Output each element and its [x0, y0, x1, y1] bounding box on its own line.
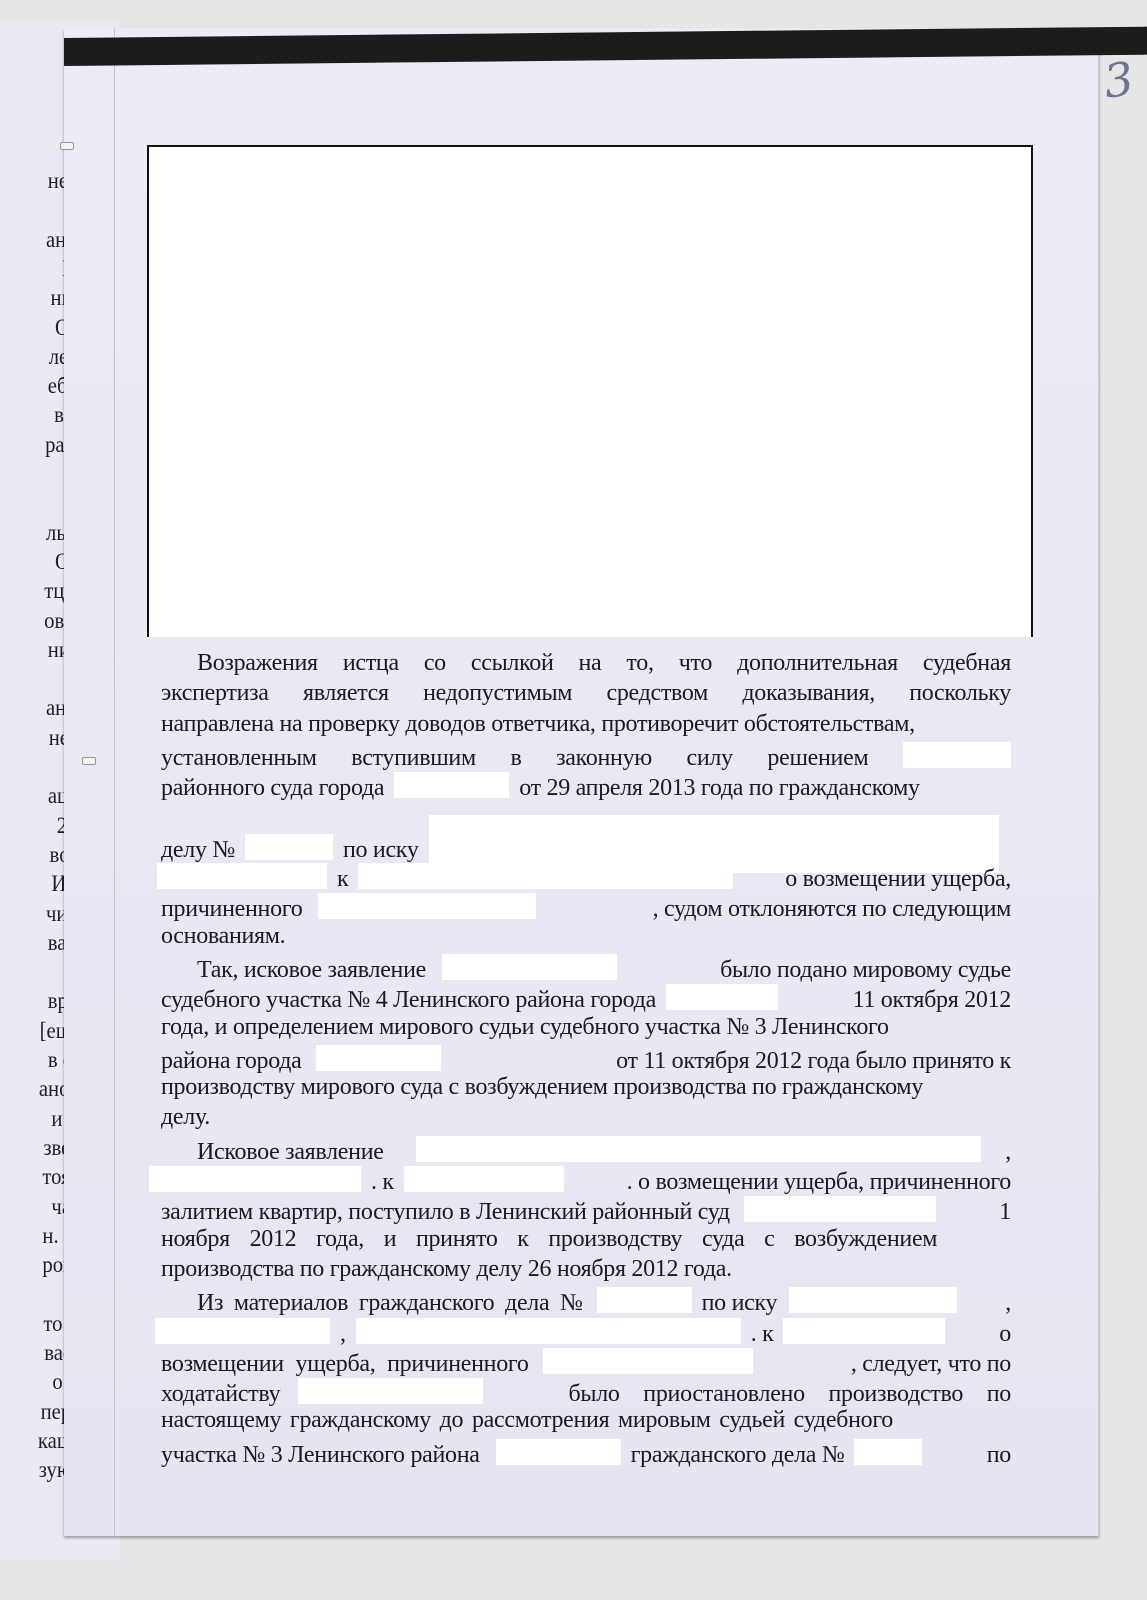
word: ссылкой [471, 648, 554, 678]
redaction-block [147, 145, 1033, 637]
staple-mark [60, 142, 74, 150]
staple-mark [82, 757, 96, 765]
text-line [161, 830, 1011, 860]
text-line: к о возмещении ущерба, [161, 860, 1011, 890]
word: то, [626, 648, 653, 678]
redaction [783, 1318, 945, 1344]
word: что [679, 648, 712, 678]
redaction [496, 1439, 621, 1465]
text-line: ходатайству было приостановлено производ… [161, 1375, 1011, 1405]
word: средством [606, 678, 708, 708]
word: экспертиза [161, 678, 269, 708]
text-line: района города от 11 октября 2012 года бы… [161, 1042, 1011, 1072]
text-line: Исковое заявление , [161, 1133, 1011, 1163]
word: Возражения [197, 648, 318, 678]
text-line: возмещении ущерба, причиненного , следуе… [161, 1345, 1011, 1375]
text-line: районного суда города от 29 апреля 2013 … [161, 769, 1011, 799]
redaction [442, 954, 617, 980]
text-line: года, и определением мирового судьи суде… [161, 1012, 1011, 1042]
handwritten-page-number: 3 [1100, 51, 1137, 109]
binding-fold [114, 28, 115, 1536]
word: поскольку [909, 678, 1011, 708]
text-line: . к . о возмещении ущерба, причиненного [161, 1163, 1011, 1193]
redaction [298, 1378, 483, 1404]
redaction [744, 1196, 936, 1222]
word: недопустимым [423, 678, 572, 708]
text-line: участка № 3 Ленинского района гражданско… [161, 1436, 1011, 1466]
text-line: залитием квартир, поступило в Ленинский … [161, 1193, 1011, 1223]
text-line: производству мирового суда с возбуждение… [161, 1072, 1011, 1102]
text-line: Так, исковое заявление было подано миров… [161, 951, 1011, 981]
redaction [789, 1287, 957, 1313]
redaction [597, 1287, 692, 1313]
word: является [303, 678, 389, 708]
text-line: причиненного , судом отклоняются по след… [161, 890, 1011, 920]
redaction [404, 1166, 564, 1192]
word: доказывания, [742, 678, 875, 708]
word: дополнительная [737, 648, 898, 678]
word: со [424, 648, 446, 678]
text-line: Из материалов гражданского дела № по иск… [161, 1284, 1011, 1314]
text-line: Возраженияистцасоссылкойнато,чтодополнит… [161, 648, 1011, 678]
text-line: экспертизаявляетсянедопустимымсредствомд… [161, 678, 1011, 708]
redaction [356, 1318, 741, 1344]
redaction [157, 863, 327, 889]
text-line: ноября 2012 года, и принято к производст… [161, 1224, 1011, 1254]
redaction [416, 1136, 981, 1162]
redaction [394, 772, 509, 798]
text-line: , . к о [161, 1315, 1011, 1345]
redaction [316, 1045, 441, 1071]
text-line: направлена на проверку доводов ответчика… [161, 709, 1011, 739]
document-body: Возраженияистцасоссылкойнато,чтодополнит… [161, 648, 1011, 1466]
redaction [149, 1166, 361, 1192]
text-line: делу № по иску [161, 799, 1011, 829]
redaction [854, 1439, 922, 1465]
text-line: основаниям. [161, 921, 1011, 951]
redaction [903, 742, 1011, 768]
redaction [666, 984, 778, 1010]
redaction [358, 863, 733, 889]
word: истца [343, 648, 399, 678]
redaction [155, 1318, 330, 1344]
text-line: судебного участка № 4 Ленинского района … [161, 981, 1011, 1011]
word: на [579, 648, 602, 678]
text-line: настоящему гражданскому до рассмотрения … [161, 1405, 1011, 1435]
text-line: установленнымвступившимвзаконнуюсилуреше… [161, 739, 1011, 769]
redaction [543, 1348, 753, 1374]
redaction [318, 893, 536, 919]
text-line: производства по гражданскому делу 26 ноя… [161, 1254, 1011, 1284]
word: судебная [923, 648, 1011, 678]
scan-top-shadow-bar [64, 26, 1147, 66]
text-line: делу. [161, 1102, 1011, 1132]
